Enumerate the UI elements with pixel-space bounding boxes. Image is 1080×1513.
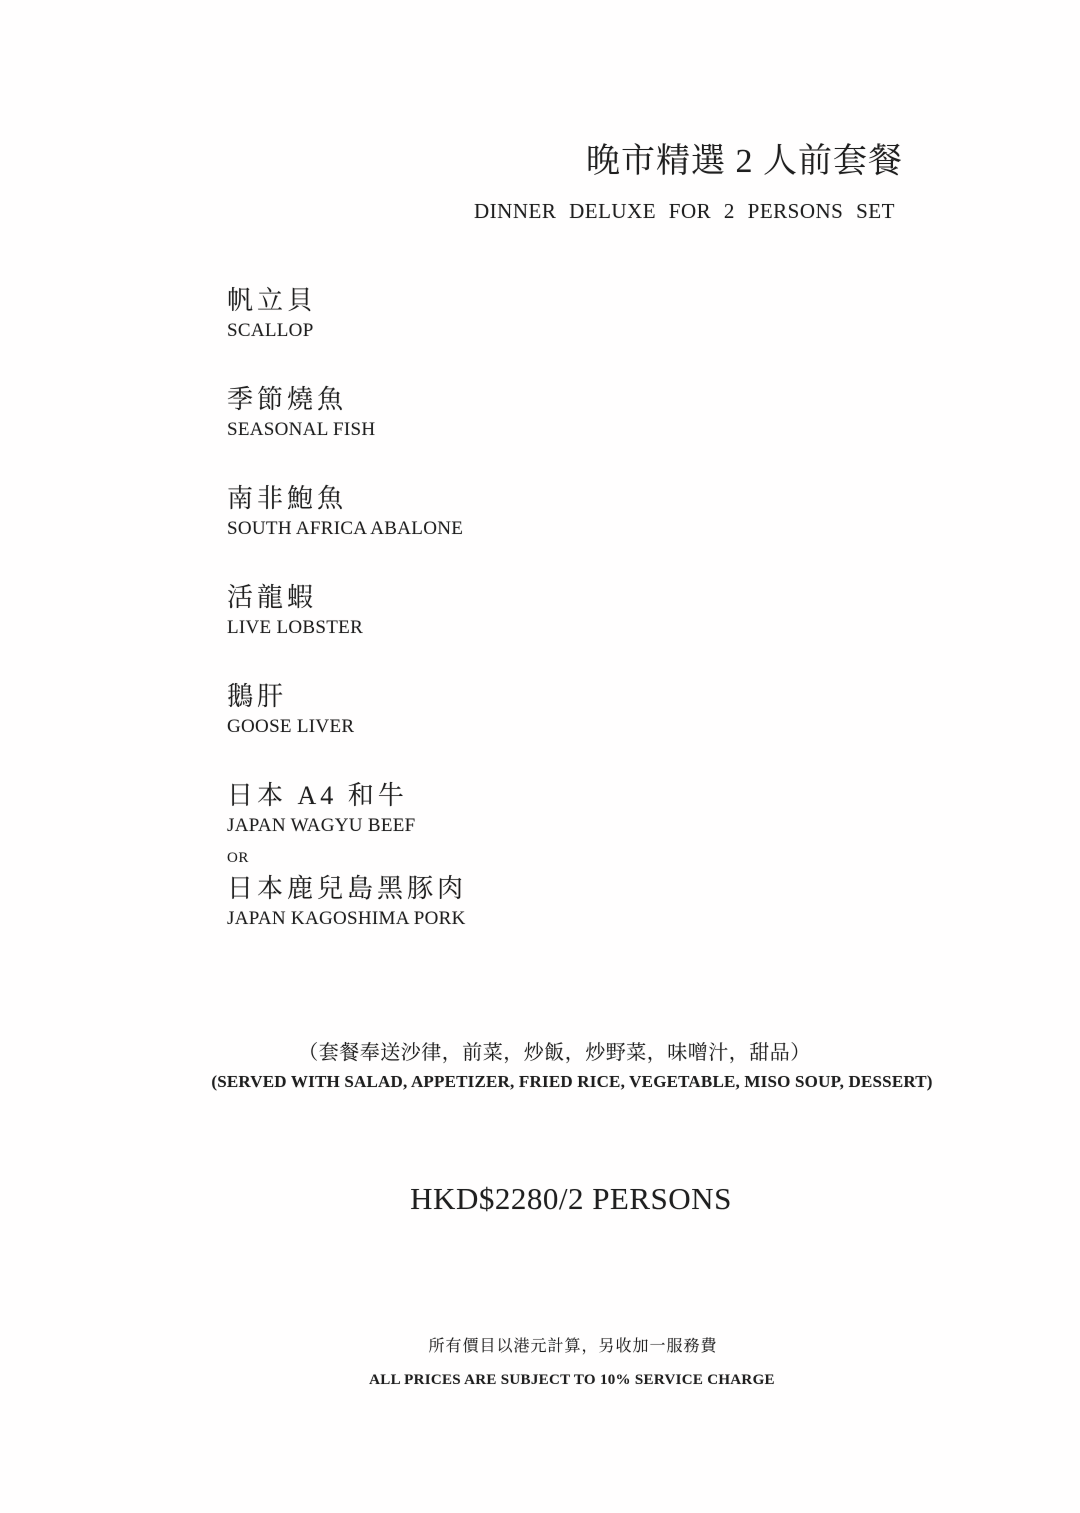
course-name-en: SEASONAL FISH — [227, 417, 467, 443]
course-name-cjk: 鵝肝 — [227, 680, 467, 714]
course-abalone: 南非鮑魚 SOUTH AFRICA ABALONE — [227, 482, 467, 542]
course-seasonal-fish: 季節燒魚 SEASONAL FISH — [227, 383, 467, 443]
course-name-en: GOOSE LIVER — [227, 714, 467, 740]
course-name-cjk: 帆立貝 — [227, 284, 467, 318]
course-list: 帆立貝 SCALLOP 季節燒魚 SEASONAL FISH 南非鮑魚 SOUT… — [227, 284, 467, 971]
service-charge-note-cjk: 所有價目以港元計算，另收加一服務費 — [0, 1333, 1080, 1356]
course-scallop: 帆立貝 SCALLOP — [227, 284, 467, 344]
menu-title-cjk: 晚市精選 2 人前套餐 — [586, 133, 903, 182]
course-name-cjk: 日本 A4 和牛 — [227, 779, 467, 813]
course-name-cjk: 活龍蝦 — [227, 581, 467, 615]
service-charge-note-en: ALL PRICES ARE SUBJECT TO 10% SERVICE CH… — [0, 1372, 1080, 1389]
course-lobster: 活龍蝦 LIVE LOBSTER — [227, 581, 467, 641]
course-name-en: SOUTH AFRICA ABALONE — [227, 516, 467, 542]
course-name-cjk: 南非鮑魚 — [227, 482, 467, 516]
included-items-cjk: （套餐奉送沙律，前菜，炒飯，炒野菜，味噌汁，甜品） — [0, 1036, 1080, 1065]
alternative-name-en: JAPAN KAGOSHIMA PORK — [227, 906, 467, 932]
course-name-en: JAPAN WAGYU BEEF — [227, 813, 467, 839]
or-label: OR — [227, 850, 467, 867]
course-name-cjk: 季節燒魚 — [227, 383, 467, 417]
course-wagyu-or-pork: 日本 A4 和牛 JAPAN WAGYU BEEF OR 日本鹿兒島黑豚肉 JA… — [227, 779, 467, 932]
course-name-en: LIVE LOBSTER — [227, 615, 467, 641]
menu-page: 晚市精選 2 人前套餐 DINNER DELUXE FOR 2 PERSONS … — [0, 0, 1080, 1513]
course-name-en: SCALLOP — [227, 318, 467, 344]
included-items-en: (SERVED WITH SALAD, APPETIZER, FRIED RIC… — [0, 1072, 1080, 1092]
menu-title-en: DINNER DELUXE FOR 2 PERSONS SET — [474, 199, 895, 224]
alternative-name-cjk: 日本鹿兒島黑豚肉 — [227, 872, 467, 906]
course-goose-liver: 鵝肝 GOOSE LIVER — [227, 680, 467, 740]
set-price: HKD$2280/2 PERSONS — [0, 1181, 1080, 1217]
